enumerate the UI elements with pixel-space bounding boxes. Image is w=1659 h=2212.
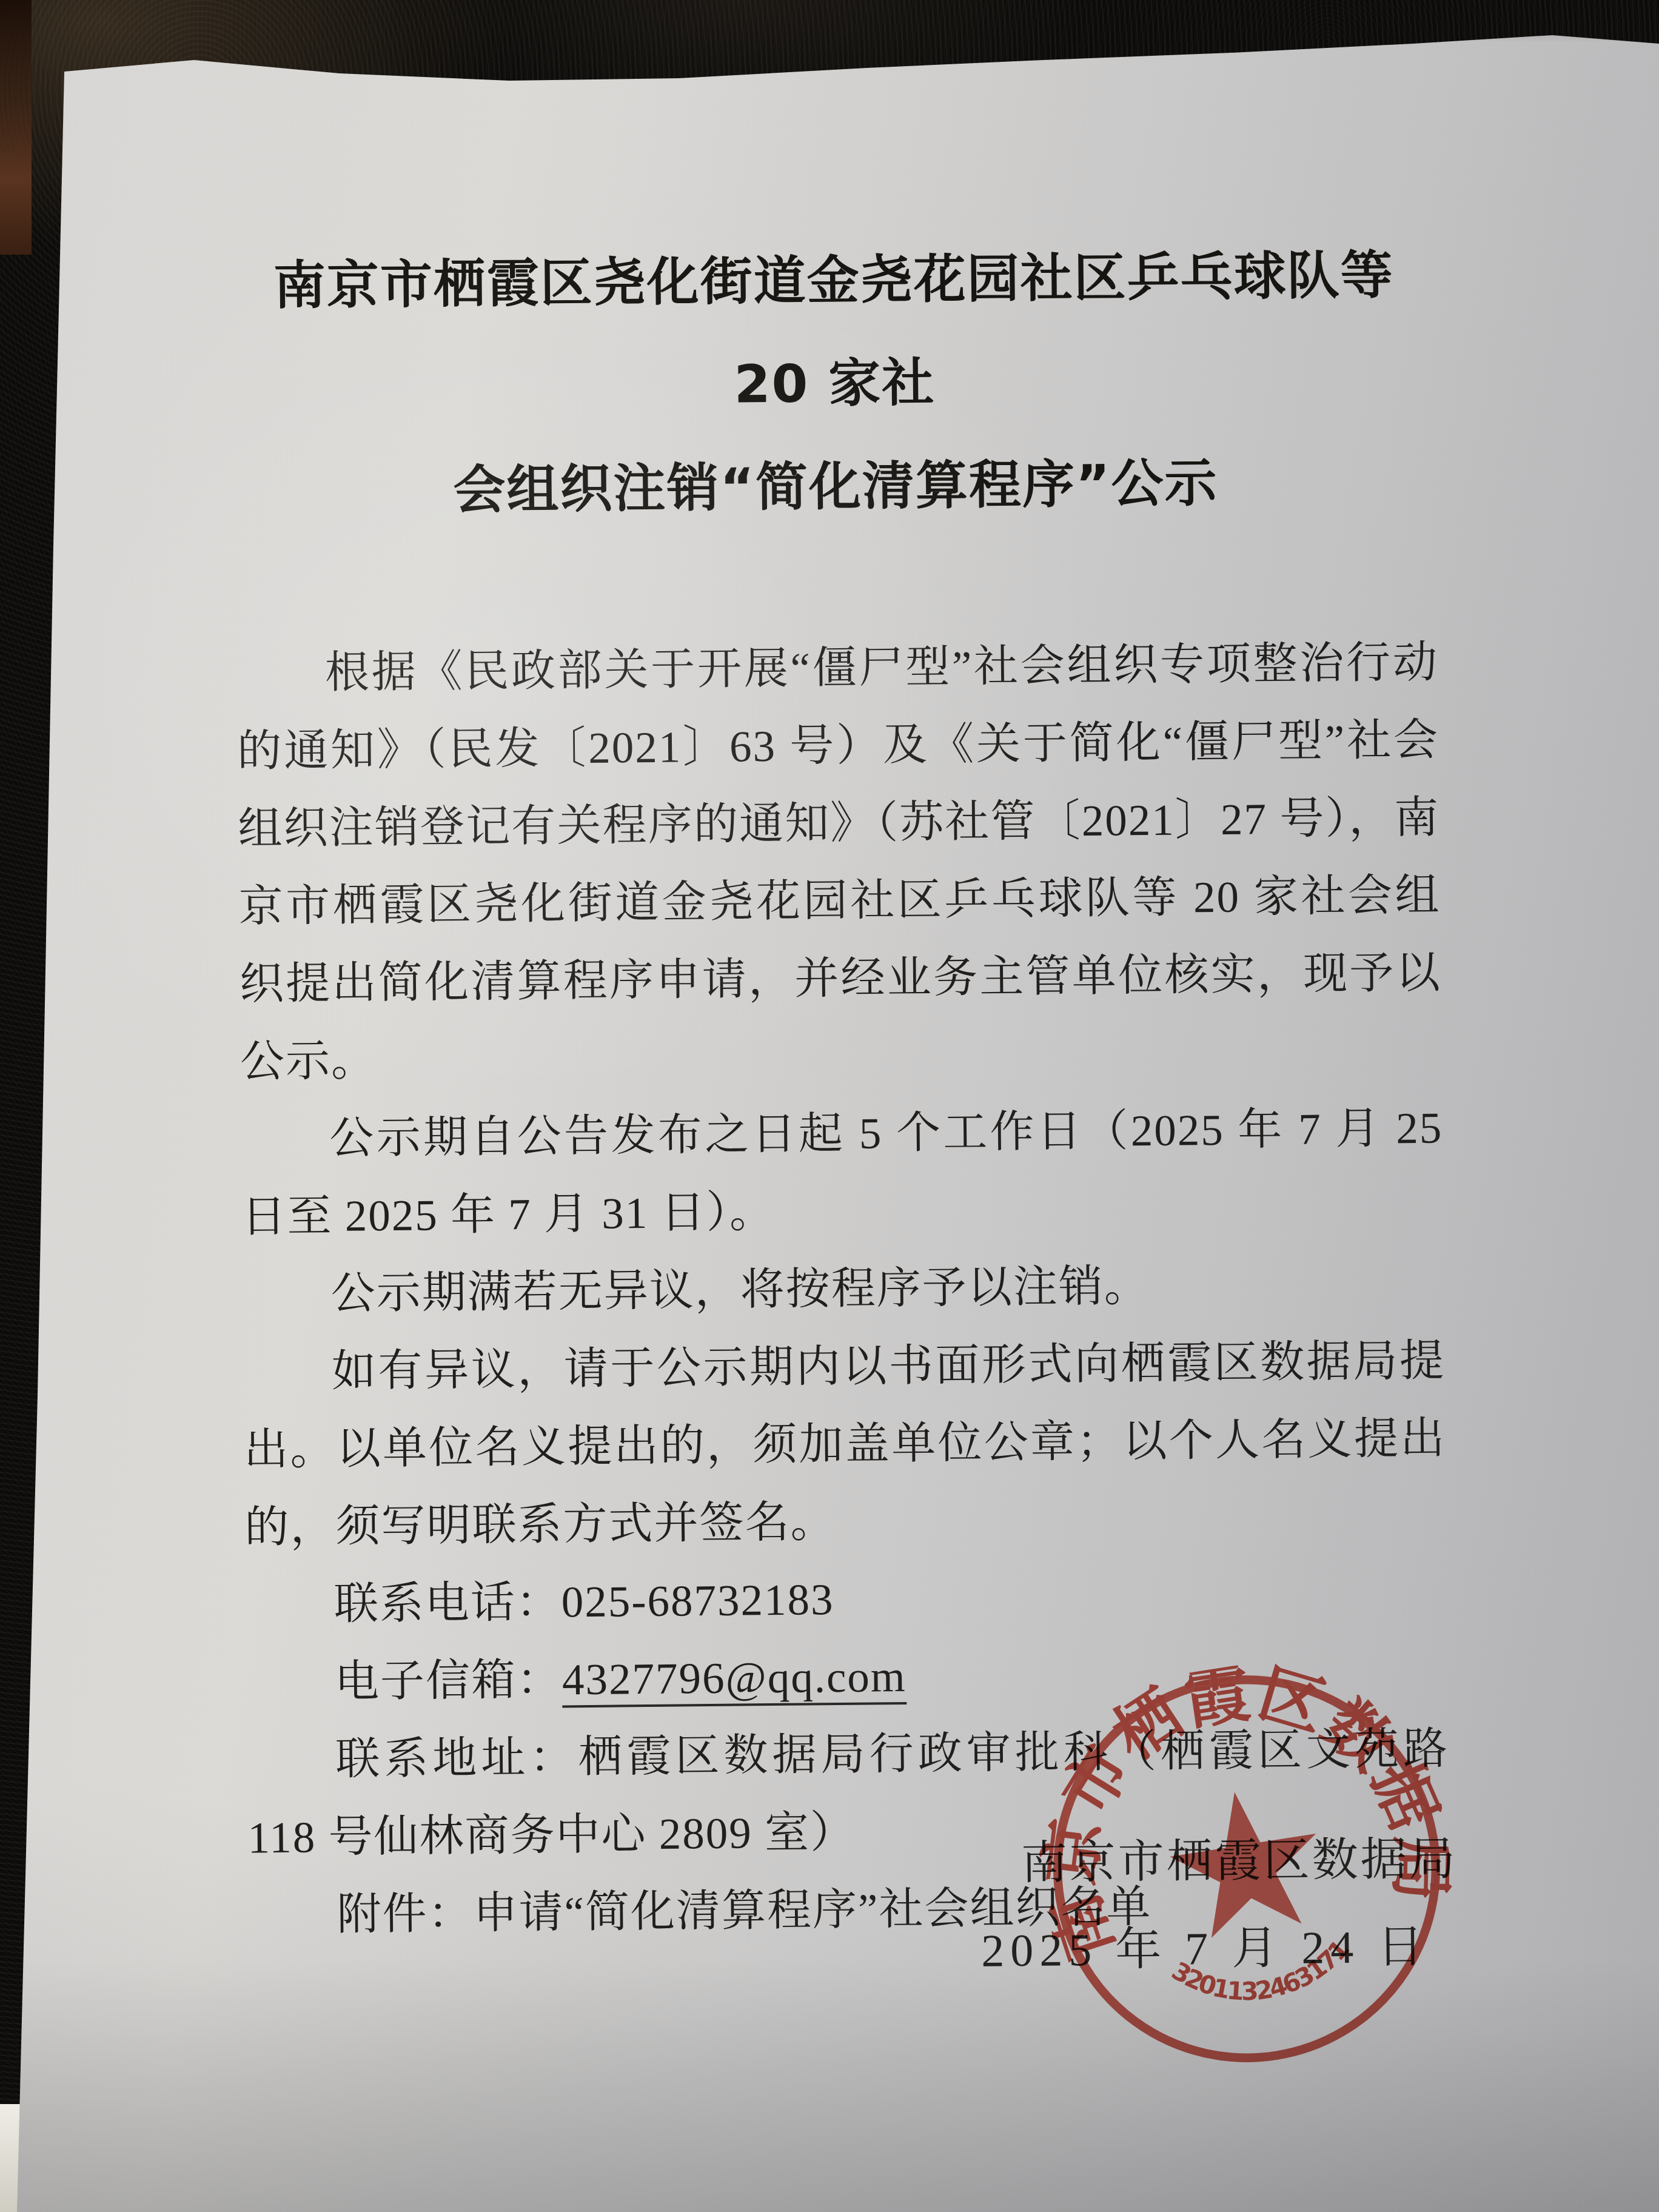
contact-phone-value: 025-68732183 [561,1575,834,1626]
photo-scene: 南京市栖霞区尧化街道金尧花园社区乒乓球队等 20 家社 会组织注销“简化清算程序… [0,0,1659,2212]
title-line-2: 会组织注销“简化清算程序”公示 [234,429,1437,544]
paragraph-period: 公示期自公告发布之日起 5 个工作日（2025 年 7 月 25 日至 2025… [241,1089,1444,1256]
contact-phone-label: 联系电话： [333,1577,561,1629]
contact-email-label: 电子信箱： [335,1655,563,1706]
paragraph-objection-method: 如有异议，请于公示期内以书面形式向栖霞区数据局提出。以单位名义提出的，须加盖单位… [243,1322,1447,1566]
document-title: 南京市栖霞区尧化街道金尧花园社区乒乓球队等 20 家社 会组织注销“简化清算程序… [232,223,1437,544]
red-star-icon [1162,1780,1330,1942]
paragraph-basis: 根据《民政部关于开展“僵尸型”社会组织专项整治行动的通知》（民发〔2021〕63… [236,623,1442,1101]
seal-code-text: 3201132463171 [1163,1928,1364,2020]
official-seal-stamp: 南京市栖霞区数据局 3201132463171 [1015,1637,1478,2100]
table-edge-wood [0,0,32,255]
paragraph-no-objection: 公示期满若无异议，将按程序予以注销。 [242,1244,1444,1333]
contact-email-value: 4327796@qq.com [562,1652,907,1708]
title-line-1: 南京市栖霞区尧化街道金尧花园社区乒乓球队等 20 家社 [232,223,1436,441]
contact-phone-line: 联系电话：025-68732183 [245,1555,1447,1644]
